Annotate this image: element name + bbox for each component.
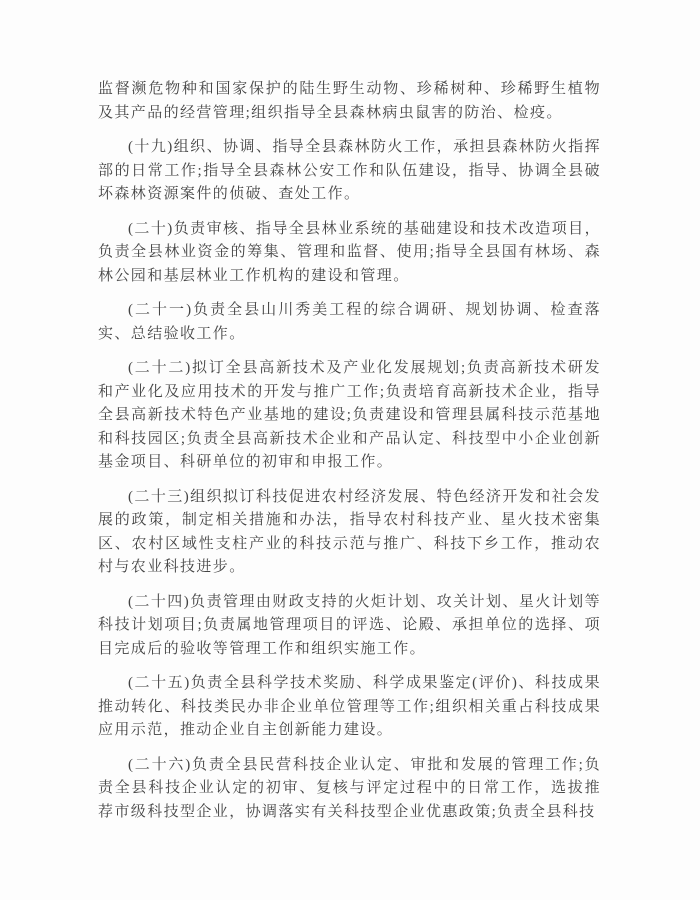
paragraph-continuation: 监督濒危物种和国家保护的陆生野生动物、珍稀树种、珍稀野生植物及其产品的经营管理;… — [98, 78, 601, 125]
document-page: 监督濒危物种和国家保护的陆生野生动物、珍稀树种、珍稀野生植物及其产品的经营管理;… — [0, 0, 700, 900]
document-body: 监督濒危物种和国家保护的陆生野生动物、珍稀树种、珍稀野生植物及其产品的经营管理;… — [98, 78, 601, 824]
paragraph-item-20: (二十)负责审核、指导全县林业系统的基础建设和技术改造项目，负责全县林业资金的筹… — [98, 218, 601, 289]
paragraph-item-22: (二十二)拟订全县高新技术及产业化发展规划;负责高新技术研发和产业化及应用技术的… — [98, 357, 601, 475]
paragraph-item-24: (二十四)负责管理由财政支持的火炬计划、攻关计划、星火计划等科技计划项目;负责属… — [98, 591, 601, 662]
paragraph-item-23: (二十三)组织拟订科技促进农村经济发展、特色经济开发和社会发展的政策，制定相关措… — [98, 486, 601, 580]
paragraph-item-25: (二十五)负责全县科学技术奖励、科学成果鉴定(评价)、科技成果推动转化、科技类民… — [98, 672, 601, 743]
paragraph-item-26: (二十六)负责全县民营科技企业认定、审批和发展的管理工作;负责全县科技企业认定的… — [98, 754, 601, 825]
paragraph-item-19: (十九)组织、协调、指导全县森林防火工作，承担县森林防火指挥部的日常工作;指导全… — [98, 136, 601, 207]
paragraph-item-21: (二十一)负责全县山川秀美工程的综合调研、规划协调、检查落实、总结验收工作。 — [98, 299, 601, 346]
